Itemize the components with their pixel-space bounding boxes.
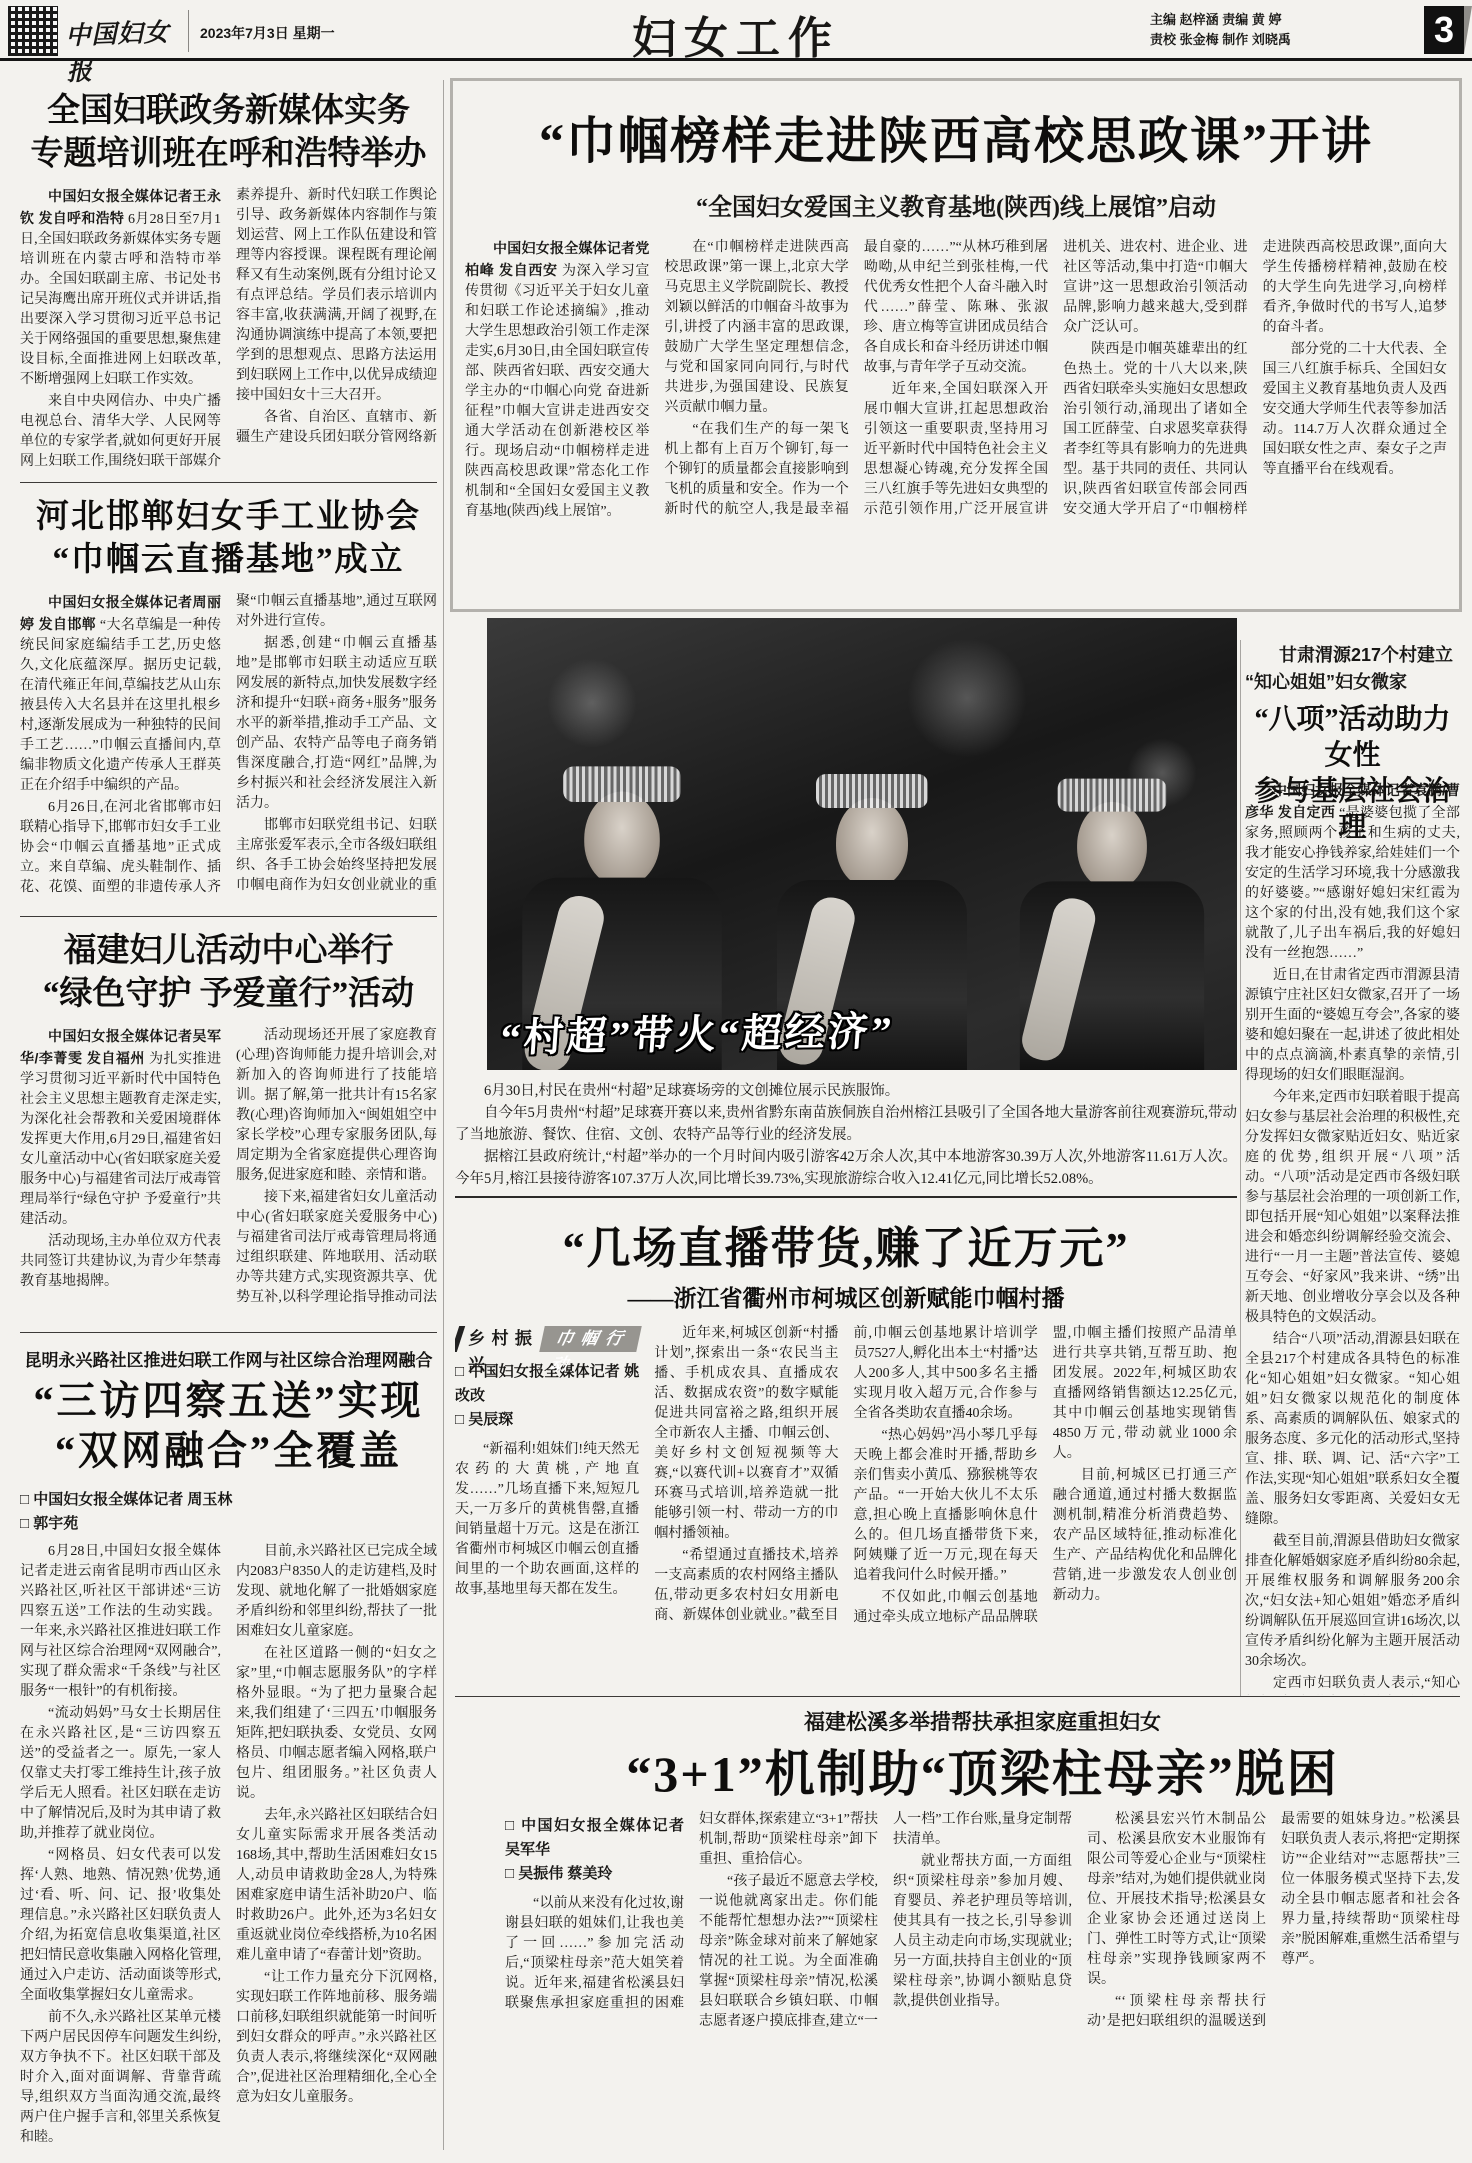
article-c-headline-line2: “绿色守护 予爱童行”活动	[20, 973, 437, 1016]
paragraph: 前不久,永兴路社区某单元楼下两户居民因停车问题发生纠纷,双方争执不下。社区妇联干…	[20, 2008, 221, 2148]
article-i-headline: “3+1”机制助“顶梁柱母亲”脱困	[505, 1734, 1460, 1806]
person-costume	[1020, 881, 1204, 1070]
byline-line: □ 中国妇女报全媒体记者 吴军华	[505, 1814, 684, 1862]
photo-credit: 新华社记者 杨文斌/摄	[455, 1190, 1237, 1192]
article-d-headline-line2: “双网融合”全覆盖	[20, 1426, 437, 1476]
paragraph: 活动现场还开展了家庭教育(心理)咨询师能力提升培训会,对新加入的咨询师进行了技能…	[236, 1026, 437, 1186]
article-d-byline: □ 中国妇女报全媒体记者 周玉林 □ 郭宇苑	[20, 1488, 437, 1536]
silver-headdress	[1058, 779, 1167, 812]
staff-line-2: 责校 张金梅 制作 刘晓禹	[1150, 30, 1410, 50]
tag-prefix: 乡村振兴	[468, 1326, 534, 1352]
paragraph: 目前,柯城区已打通三产融合通道,通过村播大数据监测机制,精准分析消费趋势、农产品…	[1053, 1466, 1237, 1606]
article-divider	[20, 916, 437, 917]
article-d-body: 6月28日,中国妇女报全媒体记者走进云南省昆明市西山区永兴路社区,听社区干部讲述…	[20, 1542, 437, 2148]
tag-name: 巾帼行动	[539, 1326, 642, 1352]
person-face	[836, 798, 908, 888]
staff-credits: 主编 赵梓涵 责编 黄 婷 责校 张金梅 制作 刘晓禹	[1150, 10, 1410, 50]
paragraph: “让工作力量充分下沉网格,实现妇联工作阵地前移、服务端口前移,妇联组织就能第一时…	[236, 1968, 437, 2108]
byline-line: □ 吴辰琛	[455, 1408, 639, 1432]
photo-person	[1020, 779, 1204, 1070]
column-rule-left	[443, 80, 444, 2150]
article-a-body: 中国妇女报全媒体记者王永钦 发自呼和浩特 6月28日至7月1日,全国妇联政务新媒…	[20, 186, 437, 476]
header-rule	[0, 58, 1472, 61]
byline-lead: 中国妇女报全媒体记者吴军华/李菁雯 发自福州	[20, 1028, 221, 1066]
costume-sash	[1018, 894, 1099, 1064]
byline-lead: 中国妇女报全媒体记者王永钦 发自呼和浩特	[20, 188, 221, 226]
article-h-subhead: ——浙江省衢州市柯城区创新赋能巾帼村播	[455, 1280, 1237, 1313]
paragraph: 截至目前,渭源县借助妇女微家排查化解婚姻家庭矛盾纠纷80余起,开展维权服务和调解…	[1245, 1532, 1460, 1672]
news-photo: “村超”带火“超经济”	[487, 618, 1237, 1070]
paragraph: 活动现场,主办单位双方代表共同签订共建协议,为青少年禁毒教育基地揭牌。	[20, 1232, 221, 1292]
article-divider	[455, 1696, 1460, 1697]
byline-lead: 中国妇女报全媒体记者袁鹏/曹彦华 发自定西	[1245, 782, 1460, 820]
paragraph: 中国妇女报全媒体记者袁鹏/曹彦华 发自定西 “是婆婆包揽了全部家务,照顾两个孩子…	[1245, 780, 1460, 964]
paragraph: 今年来,定西市妇联着眼于提高妇女参与基层社会治理的积极性,充分发挥妇女微家贴近妇…	[1245, 1088, 1460, 1328]
paragraph: 结合“八项”活动,渭源县妇联在全县217个村建成各具特色的标准化“知心姐姐”妇女…	[1245, 1330, 1460, 1530]
article-h-byline: □ 中国妇女报全媒体记者 姚改改 □ 吴辰琛	[455, 1360, 639, 1432]
photo-overlay-title: “村超”带火“超经济”	[499, 1000, 897, 1064]
caption-line: 6月30日,村民在贵州“村超”足球赛场旁的文创摊位展示民族服饰。	[455, 1080, 1237, 1102]
paragraph: 去年,永兴路社区妇联结合妇女儿童实际需求开展各类活动168场,其中,帮助生活困难…	[236, 1806, 437, 1966]
silver-headdress	[563, 766, 681, 802]
paragraph: 据悉,创建“巾帼云直播基地”是邯郸市妇联主动适应互联网发展的新特点,加快发展数字…	[236, 634, 437, 814]
photo-highlight	[907, 638, 1027, 758]
photo-caption: 6月30日,村民在贵州“村超”足球赛场旁的文创摊位展示民族服饰。 自今年5月贵州…	[455, 1080, 1237, 1192]
person-face	[1077, 802, 1147, 889]
byline-lead: 中国妇女报全媒体记者党柏峰 发自西安	[465, 240, 649, 278]
article-c-headline-line1: 福建妇儿活动中心举行	[20, 930, 437, 973]
article-divider	[20, 482, 437, 483]
paragraph: 近年来,柯城区创新“村播计划”,探索出一条“农民当主播、手机成农具、直播成农活、…	[654, 1324, 838, 1544]
article-i-kicker: 福建松溪多举措帮扶承担家庭重担妇女	[505, 1706, 1460, 1736]
article-c-headline: 福建妇儿活动中心举行 “绿色守护 予爱童行”活动	[20, 930, 437, 1016]
article-r-headline-line1: “八项”活动助力女性	[1245, 702, 1460, 774]
caption-line: 自今年5月贵州“村超”足球赛开赛以来,贵州省黔东南苗族侗族自治州榕江县吸引了全国…	[455, 1102, 1237, 1146]
article-b-headline: 河北邯郸妇女手工业协会 “巾帼云直播基地”成立	[20, 496, 437, 582]
paragraph: “新福利!姐妹们!纯天然无农药的大黄桃,产地直发……”几场直播下来,短短几天,一…	[455, 1440, 639, 1600]
article-e-subhead: “全国妇女爱国主义教育基地(陕西)线上展馆”启动	[453, 187, 1459, 222]
article-b-headline-line2: “巾帼云直播基地”成立	[20, 539, 437, 582]
article-i-byline: □ 中国妇女报全媒体记者 吴军华 □ 吴振伟 蔡美玲	[505, 1814, 684, 1886]
article-r-kicker-line2: “知心姐姐”妇女微家	[1245, 669, 1460, 696]
article-h-headline: “几场直播带货,赚了近万元”	[455, 1212, 1237, 1276]
article-d-headline-line1: “三访四察五送”实现	[20, 1376, 437, 1426]
article-a-headline-line1: 全国妇联政务新媒体实务	[20, 90, 437, 133]
byline-lead: 中国妇女报全媒体记者周丽婷 发自邯郸	[20, 594, 221, 632]
silver-headdress	[816, 774, 928, 808]
paragraph: 中国妇女报全媒体记者吴军华/李菁雯 发自福州 为扎实推进学习贯彻习近平新时代中国…	[20, 1026, 221, 1230]
article-i-body: □ 中国妇女报全媒体记者 吴军华 □ 吴振伟 蔡美玲 “以前从来没有化过妆,谢谢…	[505, 1810, 1460, 2154]
paragraph: 就业帮扶方面,一方面组织“顶梁柱母亲”参加月嫂、育婴员、养老护理员等培训,使其具…	[893, 1852, 1072, 2012]
paragraph: 近日,在甘肃省定西市渭源县清源镇宁庄社区妇女微家,召开了一场别开生面的“婆媳互夸…	[1245, 966, 1460, 1086]
paragraph: 6月28日,中国妇女报全媒体记者走进云南省昆明市西山区永兴路社区,听社区干部讲述…	[20, 1542, 221, 1702]
tag-bar-icon	[455, 1326, 465, 1352]
article-e-box: “巾帼榜样走进陕西高校思政课”开讲 “全国妇女爱国主义教育基地(陕西)线上展馆”…	[450, 78, 1462, 612]
staff-line-1: 主编 赵梓涵 责编 黄 婷	[1150, 10, 1410, 30]
paragraph: 目前,永兴路社区已完成全域内2083户8350人的走访建档,及时发现、就地化解了…	[236, 1542, 437, 1642]
article-e-headline: “巾帼榜样走进陕西高校思政课”开讲	[453, 101, 1459, 173]
article-d-kicker: 昆明永兴路社区推进妇联工作网与社区综合治理网融合	[20, 1346, 437, 1371]
article-c-body: 中国妇女报全媒体记者吴军华/李菁雯 发自福州 为扎实推进学习贯彻习近平新时代中国…	[20, 1026, 437, 1322]
article-r-kicker-line1: 甘肃渭源217个村建立	[1245, 642, 1460, 669]
person-face	[584, 792, 660, 887]
paragraph: “流动妈妈”马女士长期居住在永兴路社区,是“三访四察五送”的受益者之一。原先,一…	[20, 1704, 221, 1844]
column-rule-right	[1240, 640, 1241, 1696]
page-number: 3	[1424, 6, 1464, 54]
article-h-body: 乡村振兴 巾帼行动 □ 中国妇女报全媒体记者 姚改改 □ 吴辰琛 “新福利!姐妹…	[455, 1324, 1237, 1690]
paragraph: 中国妇女报全媒体记者王永钦 发自呼和浩特 6月28日至7月1日,全国妇联政务新媒…	[20, 186, 221, 390]
photo-highlight	[547, 658, 637, 748]
paragraph: 中国妇女报全媒体记者党柏峰 发自西安 为深入学习宣传贯彻《习近平关于妇女儿童和妇…	[465, 238, 649, 522]
paragraph: 部分党的二十大代表、全国三八红旗手标兵、全国妇女爱国主义教育基地负责人及西安交通…	[1263, 340, 1447, 480]
page-number-wedge	[1464, 6, 1472, 54]
article-b-body: 中国妇女报全媒体记者周丽婷 发自邯郸 “大名草编是一种传统民间家庭编结手工艺,历…	[20, 592, 437, 908]
article-d-headline: “三访四察五送”实现 “双网融合”全覆盖	[20, 1376, 437, 1476]
newspaper-page: 中国妇女报 2023年7月3日 星期一 妇女工作 主编 赵梓涵 责编 黄 婷 责…	[0, 0, 1472, 2163]
article-a-headline: 全国妇联政务新媒体实务 专题培训班在呼和浩特举办	[20, 90, 437, 176]
article-a-headline-line2: 专题培训班在呼和浩特举办	[20, 133, 437, 176]
article-h-rule	[455, 1196, 1237, 1198]
byline-line: □ 中国妇女报全媒体记者 周玉林	[20, 1488, 437, 1512]
article-e-body: 中国妇女报全媒体记者党柏峰 发自西安 为深入学习宣传贯彻《习近平关于妇女儿童和妇…	[465, 238, 1447, 620]
byline-line: □ 中国妇女报全媒体记者 姚改改	[455, 1360, 639, 1408]
article-b-headline-line1: 河北邯郸妇女手工业协会	[20, 496, 437, 539]
byline-line: □ 郭宇苑	[20, 1512, 437, 1536]
byline-line: □ 吴振伟 蔡美玲	[505, 1862, 684, 1886]
paragraph: 定西市妇联负责人表示,“知心姐姐”妇女微家已成为妇联组织参与基层社会治理的重要阵…	[1245, 1674, 1460, 1695]
paragraph: 在“巾帼榜样走进陕西高校思政课”第一课上,北京大学马克思主义学院副院长、教授刘颖…	[664, 238, 848, 418]
caption-line: 据榕江县政府统计,“村超”举办的一个月时间内吸引游客42万余人次,其中本地游客3…	[455, 1146, 1237, 1190]
paragraph: 中国妇女报全媒体记者周丽婷 发自邯郸 “大名草编是一种传统民间家庭编结手工艺,历…	[20, 592, 221, 796]
column-tag: 乡村振兴 巾帼行动	[455, 1326, 639, 1352]
article-divider	[20, 1332, 437, 1333]
paragraph: 在社区道路一侧的“妇女之家”里,“巾帼志愿服务队”的字样格外显眼。“为了把力量聚…	[236, 1644, 437, 1804]
paragraph: 松溪县宏兴竹木制品公司、松溪县欣安木业服饰有限公司等爱心企业与“顶梁柱母亲”结对…	[1087, 1810, 1266, 1990]
paragraph: “热心妈妈”冯小琴几乎每天晚上都会准时开播,帮助乡亲们售卖小黄瓜、猕猴桃等农产品…	[854, 1426, 1038, 1586]
article-r-kicker: 甘肃渭源217个村建立 “知心姐姐”妇女微家	[1245, 642, 1460, 696]
article-r-body: 中国妇女报全媒体记者袁鹏/曹彦华 发自定西 “是婆婆包揽了全部家务,照顾两个孩子…	[1245, 780, 1460, 1695]
paragraph: “网格员、妇女代表可以发挥‘人熟、地熟、情况熟’优势,通过‘看、听、问、记、报’…	[20, 1846, 221, 2006]
